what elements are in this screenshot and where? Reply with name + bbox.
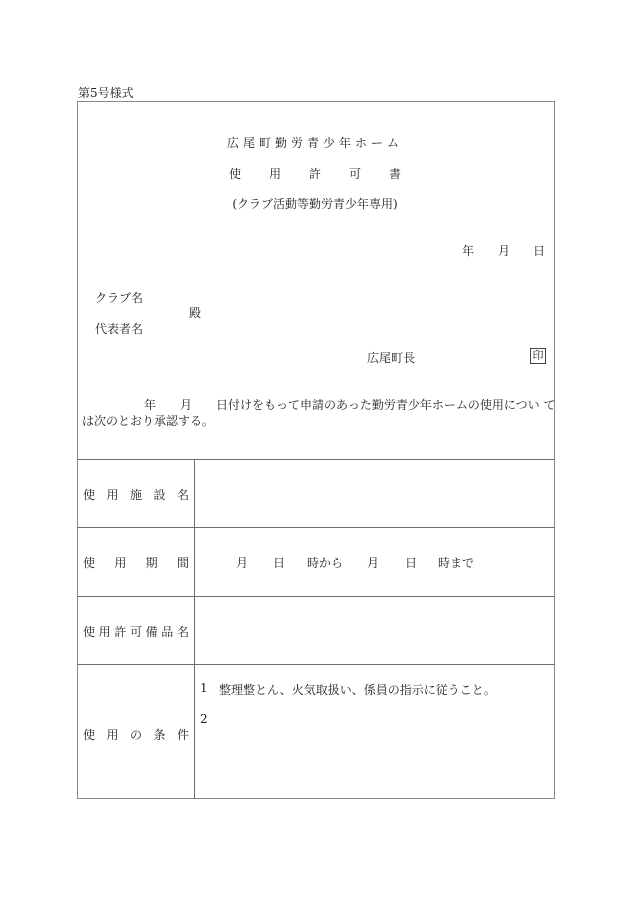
column-divider	[194, 459, 195, 799]
issue-date: 年 月 日	[0, 242, 630, 258]
label-usage-period: 使用期間	[83, 554, 189, 571]
date-month: 月	[498, 242, 510, 259]
approval-statement: 年月日付けをもって申請のあった勤労青少年ホームの使用につい て は次のとおり承認…	[82, 397, 554, 429]
condition-number: 2	[200, 712, 208, 726]
title-char: 許	[309, 165, 321, 182]
club-name-label: クラブ名	[95, 289, 143, 306]
statement-month: 月	[180, 398, 192, 412]
document-title: 使用許可書	[0, 165, 630, 182]
statement-year: 年	[144, 398, 156, 412]
honorific: 殿	[189, 304, 201, 321]
condition-text: 整理整とん、火気取扱い、係員の指示に従うこと。	[219, 681, 496, 698]
title-char: 使	[229, 165, 241, 182]
document-subtitle: (クラブ活動等勤労青少年専用)	[0, 195, 630, 212]
date-year: 年	[462, 242, 474, 259]
table-top-border	[77, 459, 555, 460]
statement-text-2: は次のとおり承認する。	[82, 414, 214, 428]
issuer-title: 広尾町長	[367, 349, 415, 366]
representative-label: 代表者名	[95, 320, 143, 337]
title-char: 用	[269, 165, 281, 182]
title-char: 可	[349, 165, 361, 182]
label-conditions: 使用の条件	[83, 726, 189, 743]
row-divider	[77, 596, 555, 597]
condition-number: 1	[200, 681, 208, 695]
organization-name: 広尾町勤労青少年ホーム	[0, 134, 630, 151]
label-facility-name: 使用施設名	[83, 486, 189, 503]
title-char: 書	[389, 165, 401, 182]
seal-mark: 印	[530, 348, 546, 364]
form-number: 第5号様式	[78, 84, 134, 101]
row-divider	[77, 664, 555, 665]
statement-text-1: 日付けをもって申請のあった勤労青少年ホームの使用につい て	[216, 398, 555, 412]
date-day: 日	[533, 242, 545, 259]
label-equipment-name: 使用許可備品名	[83, 623, 189, 640]
row-divider	[77, 527, 555, 528]
